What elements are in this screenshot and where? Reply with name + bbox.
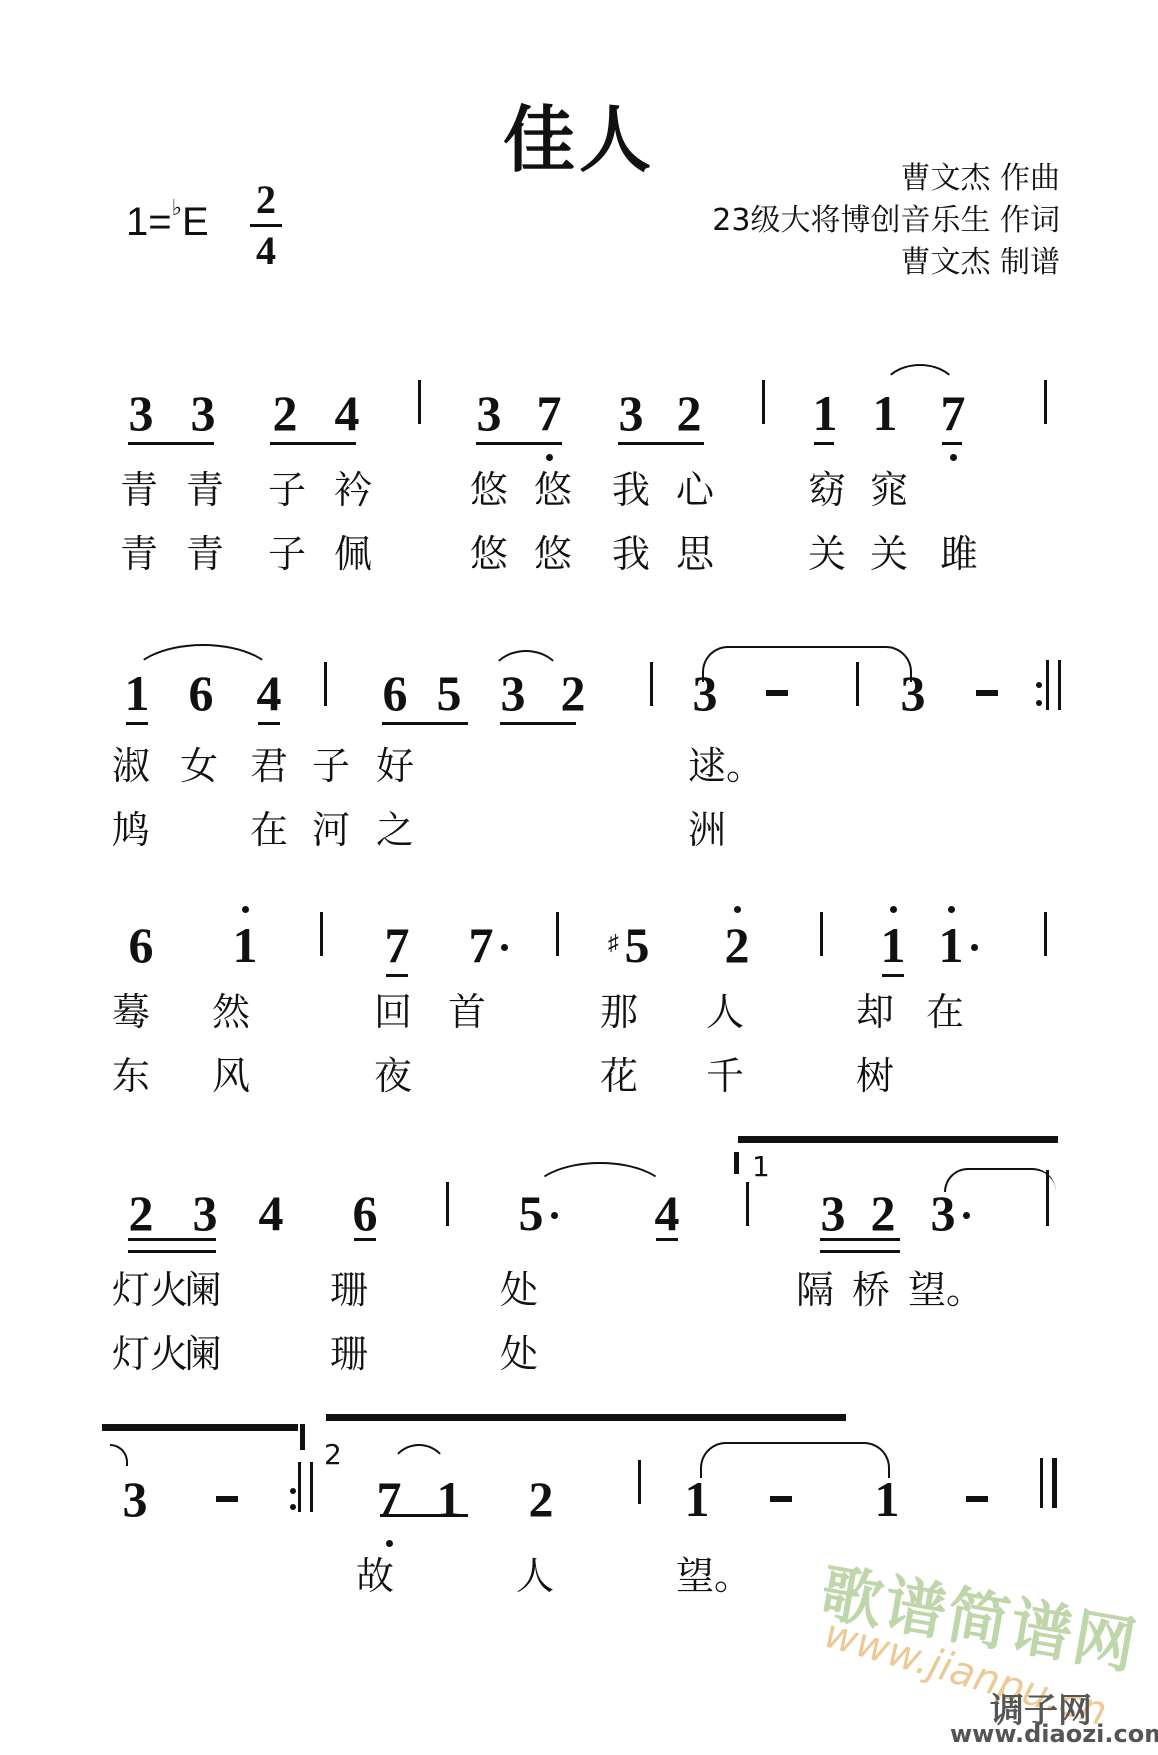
lyric: 子 (312, 746, 350, 786)
lyric: 我 (612, 534, 650, 574)
slur (880, 364, 960, 394)
underline (382, 722, 468, 725)
tie-end (110, 1444, 128, 1466)
note: 4 (252, 668, 286, 718)
underline (354, 1238, 376, 1241)
bar-line (638, 1460, 641, 1504)
underline (126, 722, 148, 725)
arranger-credit: 曹文杰 制谱 (900, 242, 1060, 284)
augmentation-dot (963, 1212, 970, 1219)
dash-extension (976, 690, 998, 696)
bar-line (762, 380, 765, 424)
lyric: 青 (120, 470, 158, 510)
note: 3 (688, 668, 722, 718)
lyric: 青 (186, 470, 224, 510)
volta-bracket-1-end (102, 1424, 298, 1431)
note: 6 (378, 668, 412, 718)
lyric: 关 (870, 534, 908, 574)
note-high: 1 (228, 920, 262, 970)
note: 4 (254, 1188, 288, 1238)
note: 1 (120, 668, 154, 718)
note-low: 7 (532, 388, 566, 438)
bar-line (856, 662, 859, 706)
slur (530, 1162, 670, 1196)
dash-extension (766, 690, 788, 696)
lyric: 阑 (184, 1270, 222, 1310)
underline-16th (128, 1238, 216, 1241)
underline-16th (128, 1250, 216, 1253)
lyric: 人 (706, 992, 744, 1032)
repeat-dot (290, 1504, 296, 1510)
lyric: 首 (448, 992, 486, 1032)
note-digit: 7 (537, 385, 562, 441)
bar-line (1046, 1170, 1049, 1226)
underline (814, 442, 834, 445)
lyric: 处 (500, 1334, 538, 1374)
note: 1 (870, 1474, 904, 1524)
note-dotted: 7 (464, 920, 498, 970)
bar-line (1044, 380, 1047, 424)
lyric: 珊 (330, 1334, 368, 1374)
lyric: 在 (250, 810, 288, 850)
note: 6 (184, 668, 218, 718)
augmentation-dot (971, 944, 978, 951)
composer-credit: 曹文杰 作曲 (900, 158, 1060, 200)
time-signature: 2 4 (250, 178, 282, 273)
time-sig-top: 2 (250, 178, 282, 222)
lyric: 蓦 (112, 992, 150, 1032)
lyric: 花 (600, 1056, 638, 1096)
lyric: 心 (676, 470, 714, 510)
lyric: 子 (268, 534, 306, 574)
lyric: 灯 (112, 1334, 150, 1374)
underline (656, 1238, 678, 1241)
time-sig-bottom: 4 (250, 229, 282, 273)
bar-line (746, 1182, 749, 1226)
volta-tick (734, 1152, 739, 1174)
note: 7 (380, 920, 414, 970)
lyric: 故 (356, 1556, 394, 1596)
lyric: 阑 (184, 1334, 222, 1374)
repeat-end-barline (1046, 660, 1061, 710)
final-barline (1040, 1458, 1057, 1508)
key-signature: 1=♭E (126, 200, 209, 245)
note: 3 (124, 388, 158, 438)
lyric: 逑。 (688, 746, 764, 786)
lyric: 之 (376, 810, 414, 850)
lyric: 子 (268, 470, 306, 510)
note-sharp: ♯5 (620, 920, 654, 970)
lyric: 却 (856, 992, 894, 1032)
note-digit: 3 (931, 1185, 956, 1241)
bar-line (446, 1182, 449, 1226)
note-digit: 7 (469, 917, 494, 973)
lyric: 佩 (334, 534, 372, 574)
underline-16th (820, 1238, 900, 1241)
note-digit: 1 (939, 917, 964, 973)
underline-16th (820, 1250, 900, 1253)
underline (128, 442, 214, 445)
underline (258, 722, 280, 725)
note-digit: 5 (519, 1185, 544, 1241)
lyric: 千 (706, 1056, 744, 1096)
lyric: 悠 (470, 470, 508, 510)
tie (702, 646, 912, 682)
note-digit: 5 (625, 917, 650, 973)
underline (500, 722, 576, 725)
lyric: 望。 (908, 1270, 984, 1310)
low-octave-dot (386, 1540, 393, 1547)
note-high-dotted: 1 (934, 920, 968, 970)
lyric: 好 (376, 746, 414, 786)
underline (476, 442, 562, 445)
note: 1 (680, 1474, 714, 1524)
lyric: 夜 (374, 1056, 412, 1096)
note: 4 (330, 388, 364, 438)
volta-bracket-1 (738, 1136, 1058, 1143)
lyric: 东 (112, 1056, 150, 1096)
dash-extension (770, 1496, 792, 1502)
lyric: 女 (180, 746, 218, 786)
repeat-dot (290, 1488, 296, 1494)
low-octave-dot (950, 454, 957, 461)
note-digit: 1 (233, 917, 258, 973)
volta-number: 2 (324, 1438, 342, 1471)
note-dotted: 5 (514, 1188, 548, 1238)
lyric: 雎 (940, 534, 978, 574)
tie (700, 1442, 890, 1478)
lyric: 悠 (470, 534, 508, 574)
lyric: 青 (120, 534, 158, 574)
lyric: 洲 (688, 810, 726, 850)
lyric: 淑 (112, 746, 150, 786)
note: 3 (186, 388, 220, 438)
note-digit: 1 (881, 917, 906, 973)
note: 2 (268, 388, 302, 438)
high-octave-dot (242, 906, 249, 913)
high-octave-dot (948, 906, 955, 913)
augmentation-dot (501, 944, 508, 951)
lyric: 火 (150, 1334, 188, 1374)
underline (618, 442, 704, 445)
note-digit: 2 (725, 917, 750, 973)
note: 3 (118, 1474, 152, 1524)
repeat-dot (1036, 682, 1042, 688)
key-note: E (182, 200, 209, 244)
lyric: 然 (212, 992, 250, 1032)
sharp-icon: ♯ (608, 918, 619, 968)
lyric: 望。 (676, 1556, 752, 1596)
note-high: 2 (720, 920, 754, 970)
volta-bracket-2 (326, 1414, 846, 1421)
lyric: 悠 (534, 534, 572, 574)
note: 2 (866, 1188, 900, 1238)
lyric: 君 (250, 746, 288, 786)
note: 6 (348, 1188, 382, 1238)
lyric: 隔 (796, 1270, 834, 1310)
bar-line (650, 662, 653, 706)
note: 2 (524, 1474, 558, 1524)
lyric: 我 (612, 470, 650, 510)
tie-start (944, 1168, 1056, 1192)
repeat-end-barline (298, 1462, 313, 1512)
note: 3 (816, 1188, 850, 1238)
note: 1 (808, 388, 842, 438)
time-sig-bar (250, 224, 282, 227)
note: 1 (868, 388, 902, 438)
flat-icon: ♭ (172, 195, 182, 220)
lyric: 在 (926, 992, 964, 1032)
note-digit: 7 (377, 1471, 402, 1527)
lyric: 窈 (808, 470, 846, 510)
low-octave-dot (546, 454, 553, 461)
lyric: 窕 (870, 470, 908, 510)
lyric: 处 (500, 1270, 538, 1310)
lyric: 那 (600, 992, 638, 1032)
high-octave-dot (734, 906, 741, 913)
note: 2 (124, 1188, 158, 1238)
note: 6 (124, 920, 158, 970)
dash-extension (216, 1496, 238, 1502)
note: 5 (432, 668, 466, 718)
lyric: 人 (516, 1556, 554, 1596)
underline (270, 442, 356, 445)
note: 3 (614, 388, 648, 438)
note: 4 (650, 1188, 684, 1238)
underline (942, 442, 962, 445)
bar-line (418, 380, 421, 424)
volta-tick (300, 1424, 305, 1450)
underline (882, 974, 904, 977)
augmentation-dot (551, 1212, 558, 1219)
dash-extension (966, 1496, 988, 1502)
lyric: 河 (312, 810, 350, 850)
lyric: 思 (676, 534, 714, 574)
bar-line (1044, 912, 1047, 956)
lyric: 桥 (852, 1270, 890, 1310)
key-prefix: 1= (126, 200, 172, 244)
note: 2 (672, 388, 706, 438)
note-high: 1 (876, 920, 910, 970)
lyric: 鸠 (112, 810, 150, 850)
underline (386, 974, 408, 977)
lyric: 火 (150, 1270, 188, 1310)
bar-line (324, 662, 327, 706)
lyric: 悠 (534, 470, 572, 510)
bar-line (320, 912, 323, 956)
lyric: 树 (856, 1056, 894, 1096)
lyric: 回 (374, 992, 412, 1032)
note: 3 (188, 1188, 222, 1238)
note: 3 (496, 668, 530, 718)
lyric: 衿 (334, 470, 372, 510)
watermark-brand-url: www.diaozi.com (950, 1720, 1158, 1748)
volta-number: 1 (752, 1150, 770, 1183)
note-low: 7 (936, 388, 970, 438)
lyric: 风 (212, 1056, 250, 1096)
lyric: 青 (186, 534, 224, 574)
repeat-dot (1036, 700, 1042, 706)
note: 3 (896, 668, 930, 718)
note: 3 (472, 388, 506, 438)
note: 2 (556, 668, 590, 718)
high-octave-dot (890, 906, 897, 913)
lyric: 灯 (112, 1270, 150, 1310)
bar-line (820, 912, 823, 956)
note-dotted: 3 (926, 1188, 960, 1238)
lyricist-credit: 23级大将博创音乐生 作词 (712, 200, 1060, 242)
underline (380, 1514, 468, 1517)
lyric: 关 (808, 534, 846, 574)
bar-line (556, 912, 559, 956)
lyric: 珊 (330, 1270, 368, 1310)
